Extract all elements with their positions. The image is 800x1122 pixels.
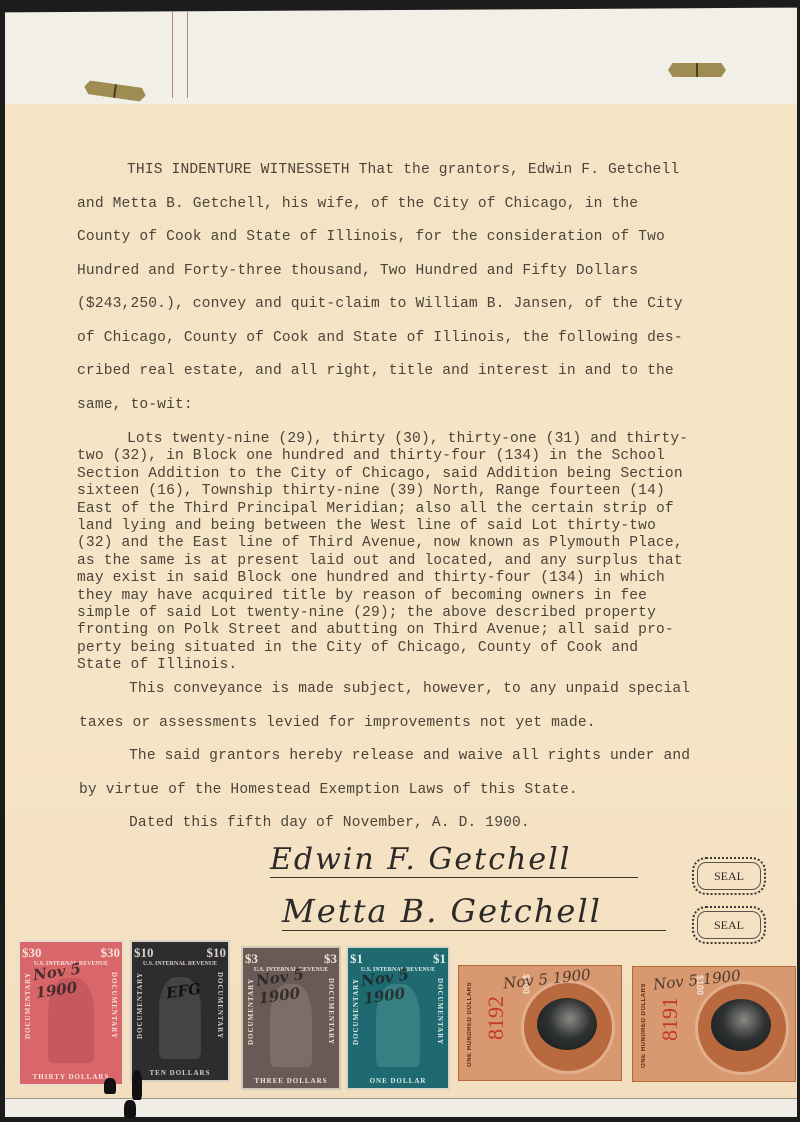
portrait-icon (711, 999, 771, 1051)
text-line: perty being situated in the City of Chic… (77, 640, 688, 657)
stamp-serial-number: 8192 (483, 996, 509, 1040)
denomination-left: $1 (350, 951, 363, 967)
text-line: as the same is at present laid out and l… (77, 553, 688, 570)
opening-paragraph: THIS INDENTURE WITNESSETH That the grant… (77, 154, 683, 422)
text-line: same, to-wit: (77, 389, 683, 423)
stamp-value-words: ONE DOLLAR (370, 1077, 427, 1085)
ink-blot-mark (132, 1070, 142, 1100)
portrait-icon (537, 998, 597, 1050)
side-text: DOCUMENTARY (216, 972, 224, 1039)
ink-blot-mark (104, 1078, 116, 1094)
text-line: of Chicago, County of Cook and State of … (77, 322, 683, 356)
conveyance-line: This conveyance is made subject, however… (79, 673, 690, 707)
text-line: fronting on Polk Street and abutting on … (77, 622, 688, 639)
revenue-stamp-10-dollars: $10$10 U.S. INTERNAL REVENUE DOCUMENTARY… (130, 940, 230, 1082)
dated-line: Dated this fifth day of November, A. D. … (79, 807, 690, 841)
stamp-value-words: THREE DOLLARS (254, 1077, 327, 1085)
homestead-line: by virtue of the Homestead Exemption Law… (79, 774, 690, 808)
stamp-value-words: TEN DOLLARS (150, 1069, 211, 1077)
text-line: two (32), in Block one hundred and thirt… (77, 448, 688, 465)
denomination-left: $10 (134, 945, 154, 961)
text-line: Hundred and Forty-three thousand, Two Hu… (77, 255, 683, 289)
revenue-stamp-3-dollars: $3$3 U.S. INTERNAL REVENUE DOCUMENTARY D… (241, 946, 341, 1090)
side-text: DOCUMENTARY (136, 972, 144, 1039)
side-text: DOCUMENTARY (352, 978, 360, 1045)
signature-edwin-getchell: Edwin F. Getchell (270, 842, 638, 878)
homestead-line: The said grantors hereby release and wai… (79, 740, 690, 774)
seal-label: SEAL (714, 869, 744, 884)
revenue-stamp-100-dollars-8192: ONE HUNDRED DOLLARS 8192 $100 Nov 5 1900 (458, 965, 622, 1081)
closing-paragraphs: This conveyance is made subject, however… (79, 673, 690, 841)
ink-blot-mark (124, 1100, 136, 1118)
signature-metta-getchell: Metta B. Getchell (282, 892, 666, 931)
text-line: sixteen (16), Township thirty-nine (39) … (77, 483, 688, 500)
revenue-stamp-1-dollar: $1$1 U.S. INTERNAL REVENUE DOCUMENTARY D… (346, 946, 450, 1090)
text-line: ($243,250.), convey and quit-claim to Wi… (77, 288, 683, 322)
side-text: DOCUMENTARY (24, 972, 32, 1039)
text-line: State of Illinois. (77, 657, 688, 674)
seal-2: SEAL (692, 906, 766, 944)
stamp-header: U.S. INTERNAL REVENUE (143, 961, 217, 968)
revenue-stamp-100-dollars-8191: ONE HUNDRED DOLLARS 8191 $100 Nov 5 1900 (632, 966, 796, 1082)
stamp-label: ONE HUNDRED DOLLARS (641, 983, 647, 1068)
fastener-clip-right (668, 63, 726, 77)
text-line: land lying and being between the West li… (77, 518, 688, 535)
seal-label: SEAL (714, 918, 744, 933)
text-line: County of Cook and State of Illinois, fo… (77, 221, 683, 255)
stamp-value-words: THIRTY DOLLARS (33, 1073, 110, 1081)
conveyance-line: taxes or assessments levied for improvem… (79, 707, 690, 741)
text-line: (32) and the East line of Third Avenue, … (77, 535, 688, 552)
text-line: Section Addition to the City of Chicago,… (77, 466, 688, 483)
fold-crease (172, 12, 188, 98)
denomination-left: $30 (22, 945, 42, 961)
text-line: simple of said Lot twenty-nine (29); the… (77, 605, 688, 622)
revenue-stamp-30-dollars: $30$30 U.S. INTERNAL REVENUE DOCUMENTARY… (18, 940, 124, 1086)
text-line: East of the Third Principal Meridian; al… (77, 501, 688, 518)
text-line: THIS INDENTURE WITNESSETH That the grant… (77, 154, 683, 188)
text-line: they may have acquired title by reason o… (77, 588, 688, 605)
seal-1: SEAL (692, 857, 766, 895)
side-text: DOCUMENTARY (247, 978, 255, 1045)
stamp-serial-number: 8191 (657, 997, 683, 1041)
text-line: Lots twenty-nine (29), thirty (30), thir… (77, 431, 688, 448)
text-line: and Metta B. Getchell, his wife, of the … (77, 188, 683, 222)
stamp-label: ONE HUNDRED DOLLARS (467, 982, 473, 1067)
denomination-right: $10 (207, 945, 227, 961)
denomination-left: $3 (245, 951, 258, 967)
text-line: may exist in said Block one hundred and … (77, 570, 688, 587)
text-line: cribed real estate, and all right, title… (77, 355, 683, 389)
property-description: Lots twenty-nine (29), thirty (30), thir… (77, 431, 688, 674)
